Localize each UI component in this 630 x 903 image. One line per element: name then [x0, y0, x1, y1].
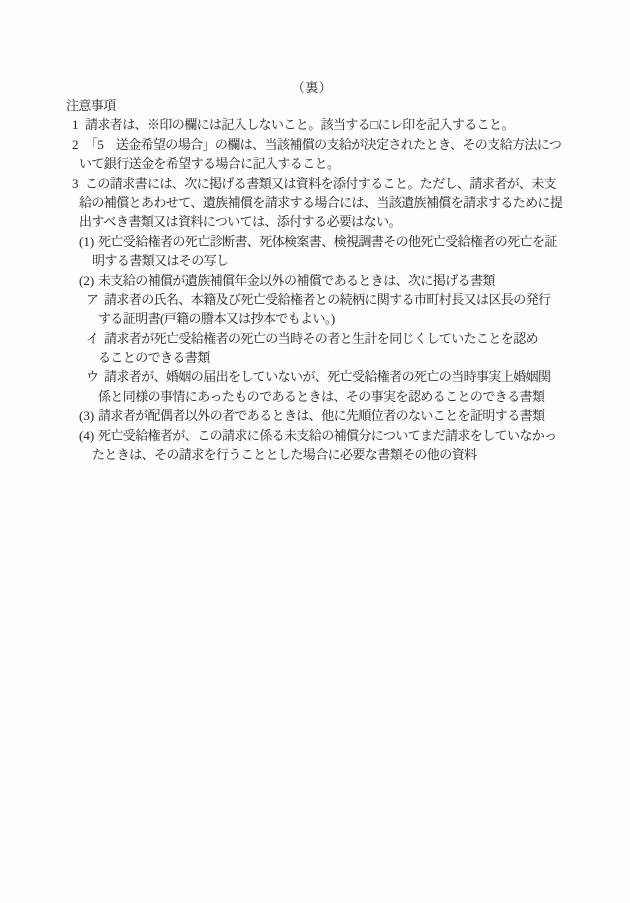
note-line: 1請求者は、※印の欄には記入しないこと。該当する□にレ印を記入すること。 — [0, 115, 630, 134]
note-line-text: する証明書(戸籍の謄本又は抄本でもよい。) — [98, 311, 335, 326]
note-line-text: 死亡受給権者の死亡診断書、死体検案書、検視調書その他死亡受給権者の死亡を証 — [98, 234, 557, 249]
note-line-text: 請求者が、婚姻の届出をしていないが、死亡受給権者の死亡の当時事実上婚姻関 — [104, 369, 550, 384]
note-line-text: 明する書類又はその写し — [92, 253, 228, 268]
note-line: (3)請求者が配偶者以外の者であるときは、他に先順位者のないことを証明する書類 — [0, 406, 630, 425]
note-line-text: ることのできる書類 — [98, 350, 210, 365]
note-line: する証明書(戸籍の謄本又は抄本でもよい。) — [0, 309, 630, 328]
note-line-marker: 3 — [72, 174, 85, 193]
note-line-marker: ア — [86, 290, 104, 309]
note-line-text: この請求書には、次に掲げる書類又は資料を添付すること。ただし、請求者が、未支 — [85, 176, 556, 191]
note-line: イ請求者が死亡受給権者の死亡の当時その者と生計を同じくしていたことを認め — [0, 329, 630, 348]
note-line: 出すべき書類又は資料については、添付する必要はない。 — [0, 212, 630, 231]
note-line-marker: 1 — [72, 115, 85, 134]
note-line: 3この請求書には、次に掲げる書類又は資料を添付すること。ただし、請求者が、未支 — [0, 174, 630, 193]
notes-body: 注意事項 1請求者は、※印の欄には記入しないこと。該当する□にレ印を記入すること… — [0, 96, 630, 464]
note-line-text: 未支給の補償が遺族補償年金以外の補償であるときは、次に掲げる書類 — [98, 273, 495, 288]
note-line-text: 請求者は、※印の欄には記入しないこと。該当する□にレ印を記入すること。 — [85, 117, 514, 132]
note-line: 2「5 送金希望の場合」の欄は、当該補償の支給が決定されたとき、その支給方法につ — [0, 135, 630, 154]
note-line-text: たときは、その請求を行うこととした場合に必要な書類その他の資料 — [92, 447, 476, 462]
note-line-text: 死亡受給権者が、この請求に係る未支給の補償分についてまだ請求をしていなかっ — [98, 428, 557, 443]
note-line-marker: 2 — [72, 135, 85, 154]
note-line: 係と同様の事情にあったものであるときは、その事実を認めることのできる書類 — [0, 387, 630, 406]
note-line-marker: (2) — [79, 271, 98, 290]
notes-heading: 注意事項 — [0, 96, 630, 115]
note-line-marker: ウ — [86, 367, 104, 386]
note-line: 明する書類又はその写し — [0, 251, 630, 270]
note-line: たときは、その請求を行うこととした場合に必要な書類その他の資料 — [0, 445, 630, 464]
note-line-marker: (3) — [79, 406, 98, 425]
note-line-text: 請求者が死亡受給権者の死亡の当時その者と生計を同じくしていたことを認め — [104, 331, 538, 346]
page-side-label: （裏） — [0, 77, 630, 96]
note-line-marker: (4) — [79, 426, 98, 445]
note-line: 給の補償とあわせて、遺族補償を請求する場合には、当該遺族補償を請求するために提 — [0, 193, 630, 212]
note-line-text: 給の補償とあわせて、遺族補償を請求する場合には、当該遺族補償を請求するために提 — [79, 195, 562, 210]
note-line-marker: イ — [86, 329, 104, 348]
note-line: ア請求者の氏名、本籍及び死亡受給権者との続柄に関する市町村長又は区長の発行 — [0, 290, 630, 309]
note-line: ウ請求者が、婚姻の届出をしていないが、死亡受給権者の死亡の当時事実上婚姻関 — [0, 367, 630, 386]
document-sheet: （裏） 注意事項 1請求者は、※印の欄には記入しないこと。該当する□にレ印を記入… — [0, 0, 630, 903]
note-line-text: 係と同様の事情にあったものであるときは、その事実を認めることのできる書類 — [98, 389, 544, 404]
note-line: (2)未支給の補償が遺族補償年金以外の補償であるときは、次に掲げる書類 — [0, 271, 630, 290]
note-line-marker: (1) — [79, 232, 98, 251]
note-line-text: 請求者の氏名、本籍及び死亡受給権者との続柄に関する市町村長又は区長の発行 — [104, 292, 550, 307]
note-line-text: 「5 送金希望の場合」の欄は、当該補償の支給が決定されたとき、その支給方法につ — [85, 137, 561, 152]
note-line: いて銀行送金を希望する場合に記入すること。 — [0, 154, 630, 173]
note-line-text: いて銀行送金を希望する場合に記入すること。 — [79, 156, 339, 171]
note-line-text: 出すべき書類又は資料については、添付する必要はない。 — [79, 214, 401, 229]
note-line: ることのできる書類 — [0, 348, 630, 367]
note-line: (4)死亡受給権者が、この請求に係る未支給の補償分についてまだ請求をしていなかっ — [0, 426, 630, 445]
note-line: (1)死亡受給権者の死亡診断書、死体検案書、検視調書その他死亡受給権者の死亡を証 — [0, 232, 630, 251]
note-line-text: 請求者が配偶者以外の者であるときは、他に先順位者のないことを証明する書類 — [98, 408, 544, 423]
